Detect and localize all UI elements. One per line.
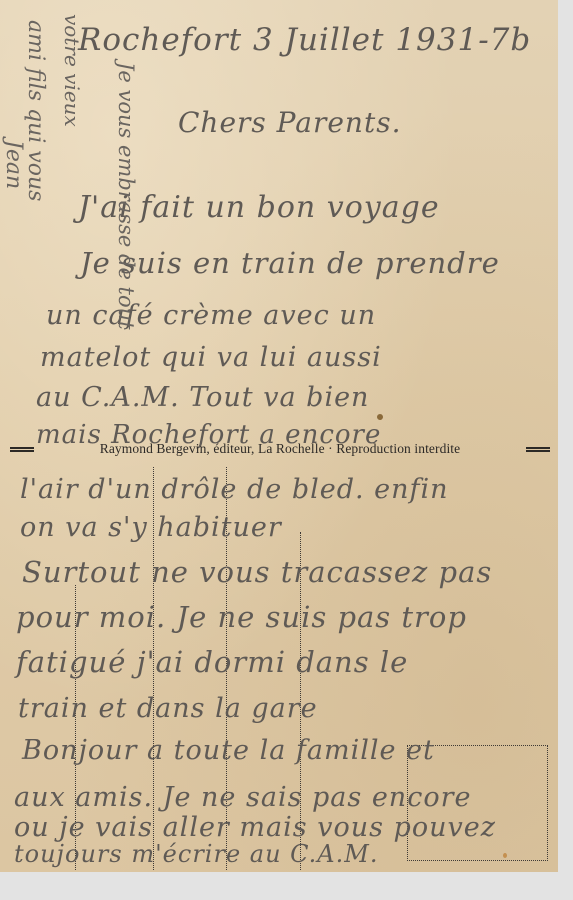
imprint-text: Raymond Bergevin, éditeur, La Rochelle ·… [100,441,461,457]
margin-note-outer-1: votre vieux [60,14,84,127]
letter-line-10: pour moi. Je ne suis pas trop [16,600,467,634]
letter-line-3: un café crème avec un [46,300,376,331]
foxing-spot [377,414,383,420]
margin-note-signature: Jean [1,140,26,189]
letter-line-12: train et dans la gare [18,693,318,724]
letter-line-2: Je suis en train de prendre [80,246,500,280]
letter-line-16: toujours m'écrire au C.A.M. [14,840,378,868]
letter-line-9: Surtout ne vous tracassez pas [22,555,492,589]
place-date: Rochefort 3 Juillet 1931-7b [78,22,531,58]
letter-line-4: matelot qui va lui aussi [40,342,382,373]
salutation: Chers Parents. [178,106,401,139]
letter-line-14: aux amis. Je ne sais pas encore [14,782,471,813]
imprint-rule-right [526,447,550,452]
letter-line-5: au C.A.M. Tout va bien [36,382,369,413]
letter-line-15: ou je vais aller mais vous pouvez [14,812,496,843]
letter-line-13: Bonjour a toute la famille et [22,735,435,766]
margin-note-inner: Je vous embrasse de tout [114,62,138,330]
imprint-rule-left [10,447,34,452]
letter-line-8: on va s'y habituer [20,512,282,543]
publisher-imprint: Raymond Bergevin, éditeur, La Rochelle ·… [10,437,550,461]
postcard-back: Rochefort 3 Juillet 1931-7b Chers Parent… [0,0,558,872]
letter-line-11: fatigué j'ai dormi dans le [16,645,408,679]
margin-note-outer-2: ami fils qui vous [23,20,48,201]
letter-line-7: l'air d'un drôle de bled. enfin [20,474,449,505]
foxing-spot [503,853,507,858]
